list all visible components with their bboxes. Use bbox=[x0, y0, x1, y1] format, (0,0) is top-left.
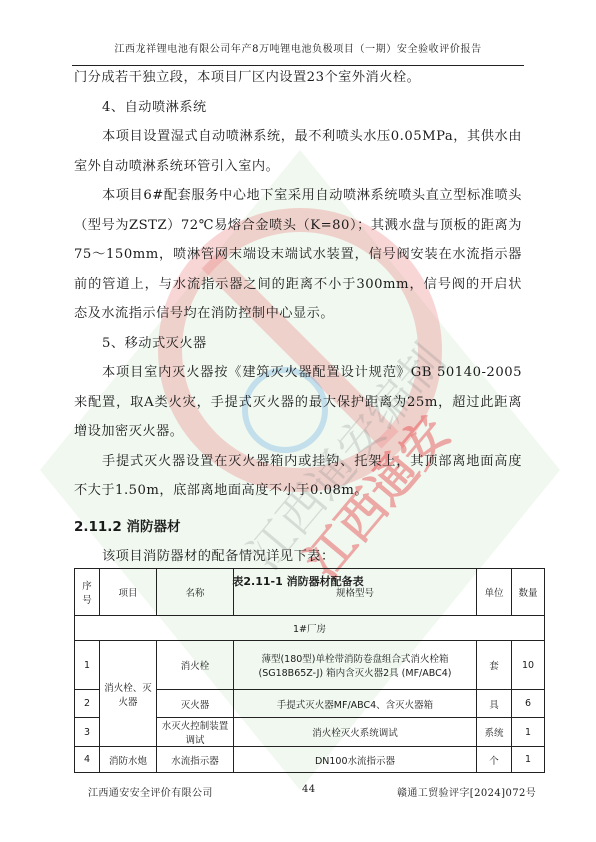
col-item: 项目 bbox=[100, 569, 157, 616]
table-row: 1 消火栓、灭火器 消火栓 薄型(180型)单栓带消防卷盘组合式消火栓箱(SG1… bbox=[75, 641, 545, 690]
cell-qty: 1 bbox=[512, 718, 545, 747]
paragraph: 本项目设置湿式自动喷淋系统，最不利喷头水压0.05MPa，其供水由室外自动喷淋系… bbox=[74, 122, 522, 181]
cell-unit: 个 bbox=[477, 747, 512, 773]
cell-seq: 1 bbox=[75, 641, 100, 690]
group-label: 1#厂房 bbox=[75, 616, 545, 641]
paragraph: 本项目室内灭火器按《建筑灭火器配置设计规范》GB 50140-2005来配置，取… bbox=[74, 358, 522, 447]
table-group-row: 1#厂房 bbox=[75, 616, 545, 641]
running-header: 江西龙祥锂电池有限公司年产8万吨锂电池负极项目（一期）安全验收评价报告 bbox=[72, 40, 524, 55]
cell-spec: DN100水流指示器 bbox=[234, 747, 477, 773]
table-row: 4 消防水炮 水流指示器 DN100水流指示器 个 1 bbox=[75, 747, 545, 773]
cell-spec: 消火栓灭火系统调试 bbox=[234, 718, 477, 747]
col-seq: 序号 bbox=[75, 569, 100, 616]
paragraph: 门分成若干独立段，本项目厂区内设置23个室外消火栓。 bbox=[74, 63, 522, 93]
cell-unit: 系统 bbox=[477, 718, 512, 747]
subheading-sprinkler: 4、自动喷淋系统 bbox=[74, 93, 522, 123]
col-spec: 规格型号 bbox=[234, 569, 477, 616]
cell-qty: 6 bbox=[512, 690, 545, 718]
paragraph: 本项目6#配套服务中心地下室采用自动喷淋系统喷头直立型标准喷头（型号为ZSTZ）… bbox=[74, 181, 522, 329]
cell-seq: 4 bbox=[75, 747, 100, 773]
body-text: 门分成若干独立段，本项目厂区内设置23个室外消火栓。 4、自动喷淋系统 本项目设… bbox=[74, 63, 522, 590]
equipment-table: 序号 项目 名称 规格型号 单位 数量 1#厂房 1 消火栓、灭火器 消火栓 薄… bbox=[74, 568, 545, 773]
paragraph: 手提式灭火器设置在灭火器箱内或挂钩、托架上，其顶部离地面高度不大于1.50m，底… bbox=[74, 447, 522, 506]
cell-unit: 套 bbox=[477, 641, 512, 690]
col-name: 名称 bbox=[157, 569, 234, 616]
cell-seq: 2 bbox=[75, 690, 100, 718]
cell-unit: 具 bbox=[477, 690, 512, 718]
cell-name: 消火栓 bbox=[157, 641, 234, 690]
cell-spec: 手提式灭火器MF/ABC4、含灭火器箱 bbox=[234, 690, 477, 718]
col-unit: 单位 bbox=[477, 569, 512, 616]
cell-item: 消防水炮 bbox=[100, 747, 157, 773]
section-heading: 2.11.2 消防器材 bbox=[74, 512, 522, 542]
footer-page-number: 44 bbox=[302, 784, 316, 795]
footer-doc-number: 赣通工贸验评字[2024]072号 bbox=[397, 784, 536, 799]
cell-name: 水流指示器 bbox=[157, 747, 234, 773]
cell-qty: 1 bbox=[512, 747, 545, 773]
table-header-row: 序号 项目 名称 规格型号 单位 数量 bbox=[75, 569, 545, 616]
cell-name: 灭火器 bbox=[157, 690, 234, 718]
cell-qty: 10 bbox=[512, 641, 545, 690]
cell-item: 消火栓、灭火器 bbox=[100, 641, 157, 747]
col-qty: 数量 bbox=[512, 569, 545, 616]
footer-company: 江西通安安全评价有限公司 bbox=[88, 784, 213, 799]
document-page: 江西龙祥锂电池有限公司年产8万吨锂电池负极项目（一期）安全验收评价报告 门分成若… bbox=[0, 0, 596, 842]
cell-spec: 薄型(180型)单栓带消防卷盘组合式消火栓箱(SG18B65Z-J) 箱内含灭火… bbox=[234, 641, 477, 690]
cell-name: 水灭火控制装置调试 bbox=[157, 718, 234, 747]
subheading-extinguisher: 5、移动式灭火器 bbox=[74, 329, 522, 359]
cell-seq: 3 bbox=[75, 718, 100, 747]
table-intro: 该项目消防器材的配备情况详见下表： bbox=[74, 542, 522, 572]
